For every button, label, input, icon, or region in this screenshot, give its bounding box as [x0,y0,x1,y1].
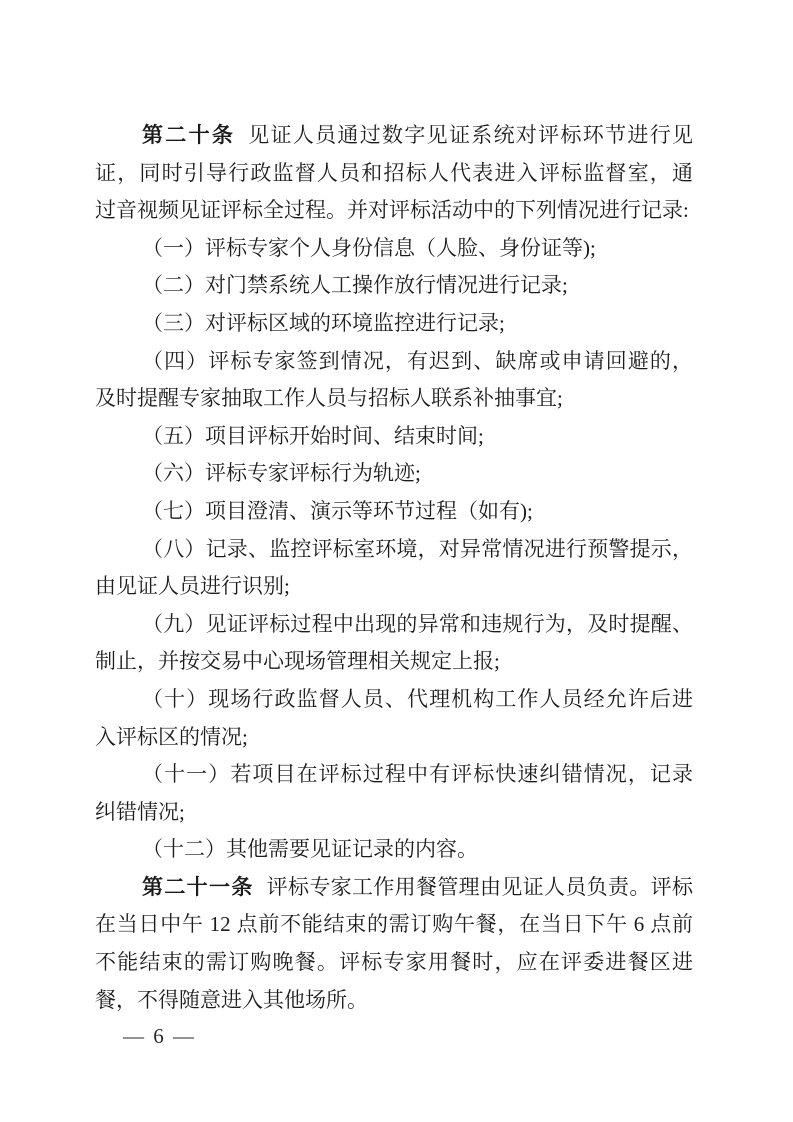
item-1: （一）评标专家个人身份信息（人脸、身份证等); [95,230,693,268]
article-21: 第二十一条评标专家工作用餐管理由见证人员负责。评标 在当日中午 12 点前不能结… [95,869,693,1019]
item-6: （六）评标专家评标行为轨迹; [95,455,693,493]
text-line: 及时提醒专家抽取工作人员与招标人联系补抽事宜; [95,380,693,418]
text-line: 餐，不得随意进入其他场所。 [95,982,693,1020]
text-line: 第二十一条评标专家工作用餐管理由见证人员负责。评标 [95,869,693,907]
text-line: 纠错情况; [95,794,693,832]
article-20-number: 第二十条 [142,124,235,147]
text-line: （十）现场行政监督人员、代理机构工作人员经允许后进 [95,681,693,719]
item-2: （二）对门禁系统人工操作放行情况进行记录; [95,267,693,305]
text-line: （一）评标专家个人身份信息（人脸、身份证等); [95,230,693,268]
document-page: 第二十条见证人员通过数字见证系统对评标环节进行见 证，同时引导行政监督人员和招标… [0,0,793,1122]
article-20: 第二十条见证人员通过数字见证系统对评标环节进行见 证，同时引导行政监督人员和招标… [95,117,693,230]
text-line: （五）项目评标开始时间、结束时间; [95,418,693,456]
text-line: 证，同时引导行政监督人员和招标人代表进入评标监督室，通 [95,155,693,193]
item-3: （三）对评标区域的环境监控进行记录; [95,305,693,343]
text-line: （十二）其他需要见证记录的内容。 [95,831,693,869]
document-body: 第二十条见证人员通过数字见证系统对评标环节进行见 证，同时引导行政监督人员和招标… [95,117,693,1019]
article-20-text: 见证人员通过数字见证系统对评标环节进行见 [248,123,693,147]
text-line: 由见证人员进行识别; [95,568,693,606]
text-line: 不能结束的需订购晚餐。评标专家用餐时，应在评委进餐区进 [95,944,693,982]
text-line: 过音视频见证评标全过程。并对评标活动中的下列情况进行记录: [95,192,693,230]
text-line: 入评标区的情况; [95,719,693,757]
text-line: （七）项目澄清、演示等环节过程（如有); [95,493,693,531]
text-line: 在当日中午 12 点前不能结束的需订购午餐，在当日下午 6 点前 [95,906,693,944]
text-line: 制止，并按交易中心现场管理相关规定上报; [95,643,693,681]
item-12: （十二）其他需要见证记录的内容。 [95,831,693,869]
text-line: （四）评标专家签到情况，有迟到、缺席或申请回避的， [95,343,693,381]
article-21-text: 评标专家工作用餐管理由见证人员负责。评标 [267,875,693,899]
text-line: （二）对门禁系统人工操作放行情况进行记录; [95,267,693,305]
text-line: 第二十条见证人员通过数字见证系统对评标环节进行见 [95,117,693,155]
item-9: （九）见证评标过程中出现的异常和违规行为，及时提醒、 制止，并按交易中心现场管理… [95,606,693,681]
item-5: （五）项目评标开始时间、结束时间; [95,418,693,456]
text-line: （九）见证评标过程中出现的异常和违规行为，及时提醒、 [95,606,693,644]
article-21-number: 第二十一条 [142,876,254,899]
item-11: （十一）若项目在评标过程中有评标快速纠错情况，记录 纠错情况; [95,756,693,831]
text-line: （八）记录、监控评标室环境，对异常情况进行预警提示， [95,531,693,569]
item-4: （四）评标专家签到情况，有迟到、缺席或申请回避的， 及时提醒专家抽取工作人员与招… [95,343,693,418]
text-line: （三）对评标区域的环境监控进行记录; [95,305,693,343]
item-10: （十）现场行政监督人员、代理机构工作人员经允许后进 入评标区的情况; [95,681,693,756]
item-8: （八）记录、监控评标室环境，对异常情况进行预警提示， 由见证人员进行识别; [95,531,693,606]
text-line: （十一）若项目在评标过程中有评标快速纠错情况，记录 [95,756,693,794]
text-line: （六）评标专家评标行为轨迹; [95,455,693,493]
page-number: — 6 — [123,1018,196,1056]
item-7: （七）项目澄清、演示等环节过程（如有); [95,493,693,531]
